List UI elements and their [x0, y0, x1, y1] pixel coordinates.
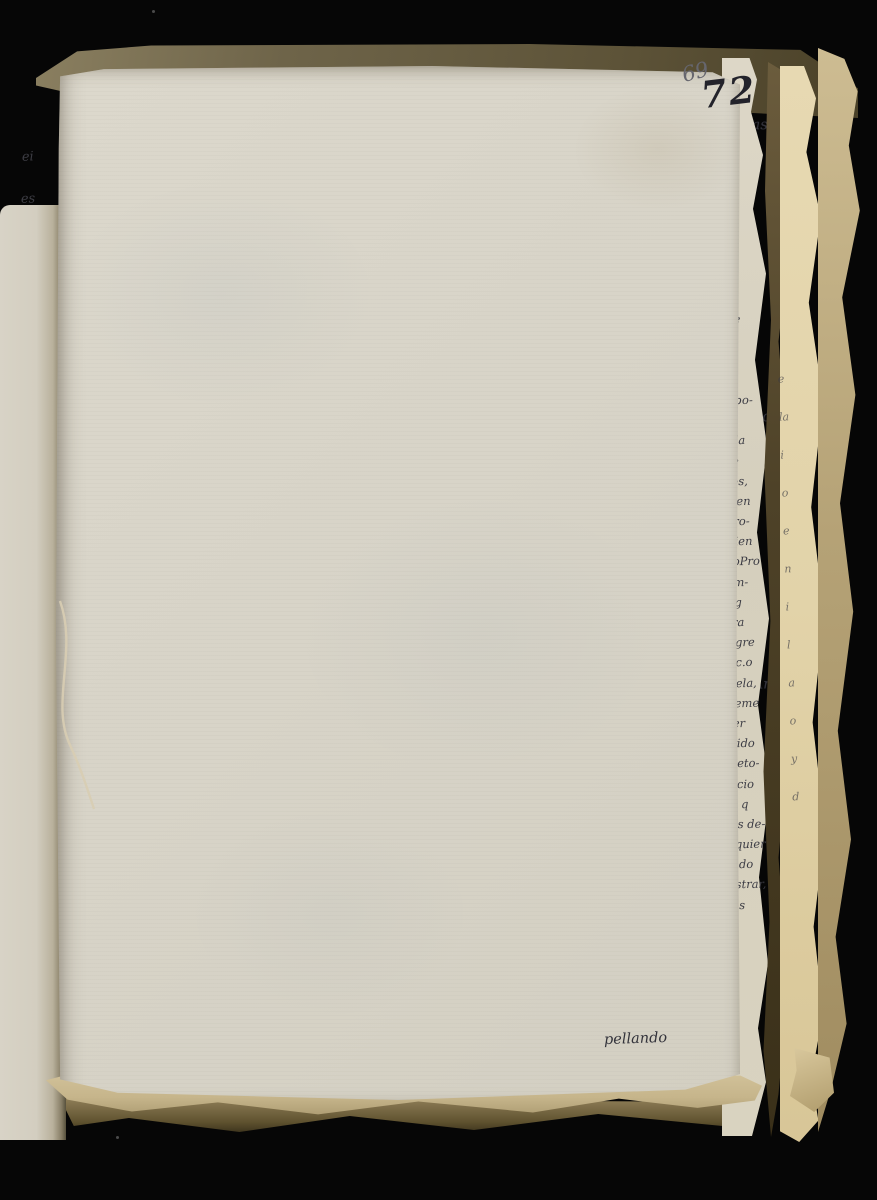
catchword: pellando	[604, 1030, 668, 1048]
text-fragment: n	[784, 561, 814, 575]
text-fragment: i	[785, 599, 815, 613]
binding-thread	[44, 595, 98, 825]
text-fragment: e	[777, 372, 807, 386]
text-fragment: o	[789, 713, 819, 727]
dust-speck	[116, 1136, 119, 1139]
text-fragment: y	[791, 751, 821, 765]
torn-page-edge-far	[818, 48, 862, 1132]
page-number-ink: 72	[699, 67, 759, 117]
text-fragment: o	[781, 486, 811, 500]
text-fragment: ei	[22, 149, 34, 164]
dust-speck	[152, 10, 155, 13]
text-fragment: l	[787, 637, 817, 651]
text-fragment: i	[780, 448, 810, 462]
text-fragment: a	[788, 675, 818, 689]
manuscript-page	[56, 66, 740, 1100]
text-fragment: d	[792, 789, 822, 803]
text-fragment: la	[779, 410, 809, 424]
photo-of-manuscript: eieseranosweneencomilosoenfea losotePoaf…	[0, 0, 877, 1200]
text-fragment: e	[783, 524, 813, 538]
